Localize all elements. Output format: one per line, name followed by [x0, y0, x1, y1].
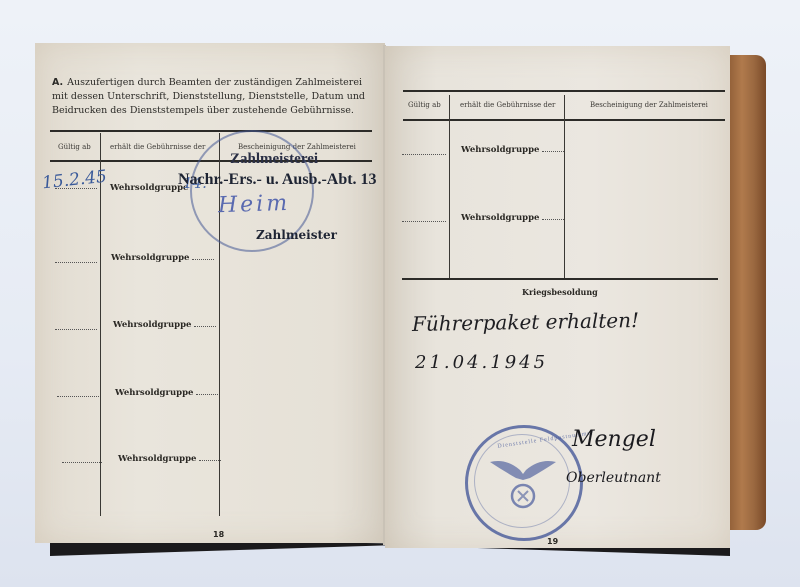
- officer-rank: Oberleutnant: [566, 470, 661, 486]
- right-col-header-entitlement: erhält die Gebührnisse der: [460, 101, 555, 109]
- kriegsbesoldung-rule: [402, 278, 718, 280]
- wsg-label: Wehrsoldgruppe: [118, 454, 196, 464]
- row-4-label: Wehrsoldgruppe: [115, 388, 218, 398]
- wsg-label: Wehrsoldgruppe: [110, 183, 188, 193]
- stamp-line-zahlmeisterei: Zahlmeisterei: [230, 151, 318, 168]
- wsg-label: Wehrsoldgruppe: [113, 320, 191, 330]
- col-divider-1: [100, 133, 101, 516]
- handwritten-date: 21.04.1945: [415, 352, 548, 373]
- row-1-label: Wehrsoldgruppe: [110, 183, 188, 193]
- valid-from-line-4: [57, 396, 99, 397]
- right-valid-from-line-2: [402, 221, 446, 222]
- section-title-kriegsbesoldung: Kriegsbesoldung: [522, 287, 598, 297]
- wsg-label: Wehrsoldgruppe: [461, 145, 539, 155]
- stamp-line-unit: Nachr.-Ers.- u. Ausb.-Abt. 13: [178, 171, 377, 189]
- row-5-label: Wehrsoldgruppe: [118, 454, 221, 464]
- right-col-header-valid-from: Gültig ab: [408, 101, 441, 109]
- wsg-label: Wehrsoldgruppe: [115, 388, 193, 398]
- instruction-prefix: A.: [52, 77, 63, 88]
- page-number-right: 19: [547, 537, 558, 546]
- left-page: [35, 43, 385, 543]
- col-header-entitlement: erhält die Gebührnisse der: [110, 143, 205, 151]
- page-number-left: 18: [213, 530, 224, 539]
- table-top-rule: [50, 130, 372, 132]
- right-valid-from-line-1: [402, 154, 446, 155]
- paymaster-signature: Heim: [218, 191, 291, 219]
- right-col-divider-2: [564, 95, 565, 278]
- row-2-label: Wehrsoldgruppe: [111, 253, 214, 263]
- wsg-label: Wehrsoldgruppe: [461, 213, 539, 223]
- right-col-header-certification: Bescheinigung der Zahlmeisterei: [590, 101, 708, 109]
- right-table-top-rule: [403, 90, 725, 92]
- wsg-label: Wehrsoldgruppe: [111, 253, 189, 263]
- book-cover-edge: [726, 55, 766, 530]
- right-row-1-label: Wehrsoldgruppe: [461, 145, 564, 155]
- instruction-body: Auszufertigen durch Beamten der zuständi…: [52, 77, 365, 116]
- valid-from-line-5: [62, 462, 102, 463]
- row-3-label: Wehrsoldgruppe: [113, 320, 216, 330]
- right-row-2-label: Wehrsoldgruppe: [461, 213, 564, 223]
- stamp-role: Zahlmeister: [256, 228, 337, 242]
- eagle-emblem-icon: [488, 456, 558, 512]
- officer-signature: Mengel: [572, 427, 656, 452]
- valid-from-line-2: [55, 262, 97, 263]
- valid-from-line-3: [55, 329, 97, 330]
- right-col-divider-1: [449, 95, 450, 278]
- handwritten-note: Führerpaket erhalten!: [412, 308, 639, 336]
- instruction-text: A.Auszufertigen durch Beamten der zustän…: [52, 76, 377, 118]
- col-header-valid-from: Gültig ab: [58, 143, 91, 151]
